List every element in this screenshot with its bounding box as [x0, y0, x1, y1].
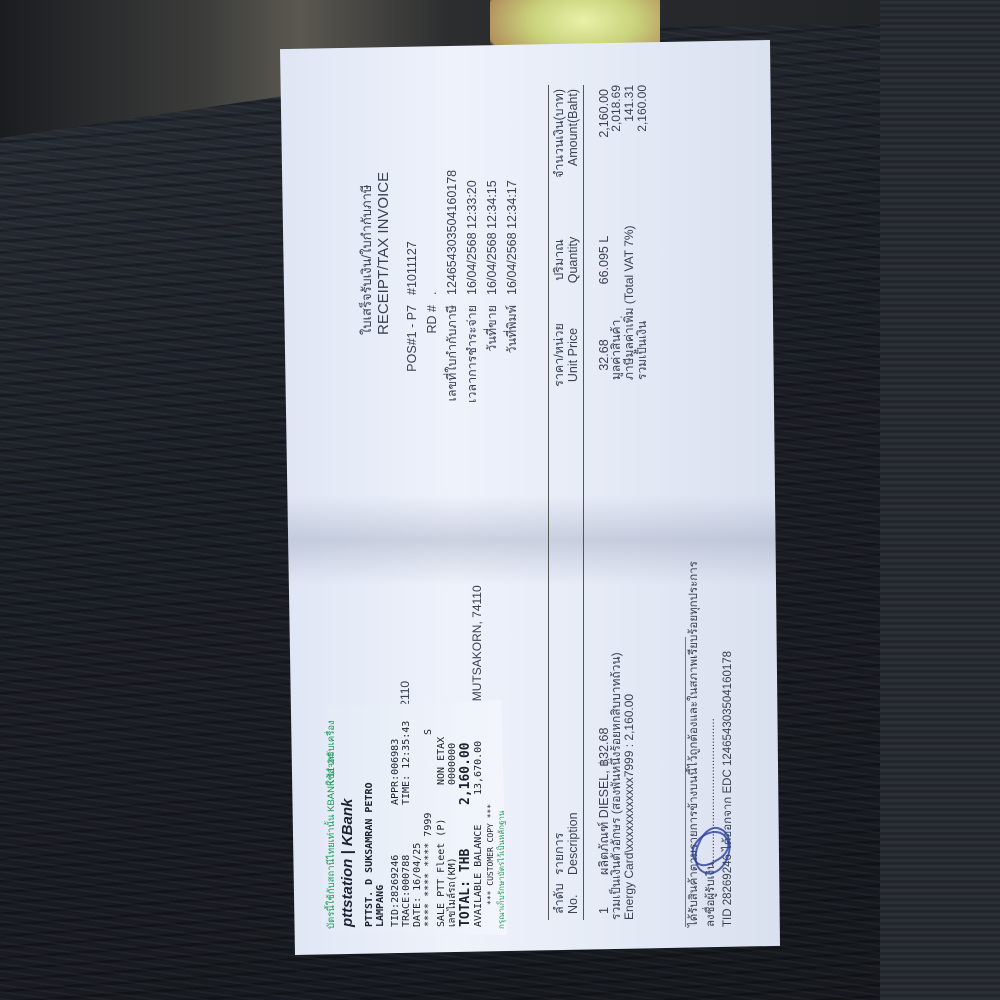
slip-customer-copy: *** CUSTOMER COPY ***	[485, 804, 496, 905]
slip-odometer-label: เลขไมล์รถ(KM)	[447, 857, 458, 927]
slip-odometer: 0000000	[447, 743, 458, 785]
slip-balance-label: AVAILABLE BALANCE	[473, 825, 484, 927]
kbank-slip-content: บัตรนี้ใช้กับสถานีไทยเท่านั้น KBANK 11-2…	[322, 700, 507, 935]
table-header: ลำดับNo. รายการDescription ราคา/หน่วยUni…	[548, 85, 584, 920]
slip-total: 2,160.00	[460, 742, 471, 805]
header-amount: จำนวนเงิน(บาท)Amount(Baht)	[552, 85, 580, 215]
receipt-title-en: RECEIPT/TAX INVOICE	[375, 172, 392, 335]
slip-tid: TID:28269246	[390, 855, 401, 927]
header-no: ลำดับNo.	[552, 875, 580, 920]
slip-card-type: S	[423, 729, 434, 735]
slip-date: DATE: 16/04/25	[412, 843, 423, 927]
slip-non-etax: NON ETAX	[436, 737, 447, 785]
tid-line: TID 28269246 ได้ออกจาก EDC 1246543035041…	[720, 87, 737, 927]
receipt-footer: ได้รับสินค้าตามรายการข้างบนนี้ไว้ถูกต้อง…	[685, 87, 737, 927]
receipt-info: POS#1 - P7#1011127 RD #. เลขที่ใบกำกับภา…	[402, 170, 522, 435]
info-row: วันที่พิมพ์16/04/2568 12:34:17	[502, 170, 522, 435]
car-seat-edge	[880, 0, 1000, 1000]
slip-location: LAMPANG	[375, 885, 386, 927]
info-row: เวลาการชำระจ่าย16/04/2568 12:33:20	[462, 170, 482, 435]
slip-trace: TRACE:000788	[401, 855, 412, 927]
table-row: 1 ผลิตภัณฑ์ DIESEL, ฿32.68 32.68 66.095 …	[584, 85, 612, 920]
slip-footer: กรุณาเก็บรักษาบัตรไว้เป็นหลักฐาน	[496, 811, 507, 929]
header-description: รายการDescription	[552, 405, 580, 875]
slip-balance: 13,670.00	[473, 741, 484, 795]
slip-appr: APPR:006983	[390, 739, 401, 805]
total-row: รวมเป็นเงิน2,160.00	[636, 85, 649, 380]
slip-brand-logo: pttstation | KBank	[342, 799, 353, 927]
items-table: ลำดับNo. รายการDescription ราคา/หน่วยUni…	[548, 85, 612, 920]
header-quantity: ปริมาณQuantity	[552, 215, 580, 305]
info-row: POS#1 - P7#1011127	[402, 170, 422, 435]
payment-lines: รวมเป็นเงินตัวอักษร (สองพันหนึ่งร้อยหกสิ…	[610, 652, 636, 920]
slip-sale-type: SALE PTT Fleet (P)	[436, 819, 447, 927]
info-row: วันที่ขาย16/04/2568 12:34:15	[482, 170, 502, 435]
slip-merchant: PTTST. D SUKSAMRAN PETRO	[364, 783, 375, 928]
header-unit-price: ราคา/หน่วยUnit Price	[552, 305, 580, 405]
info-row: RD #.	[422, 170, 442, 435]
signature-line: ลงชื่อผู้รับเงิน........................…	[703, 87, 720, 927]
slip-card-number: **** **** **** 7999	[423, 813, 434, 927]
receipt-title-th: ใบเสร็จรับเงิน/ใบกำกับภาษี	[358, 172, 375, 335]
slip-header-right: ใช้สำหรับเครื่อง	[326, 720, 337, 785]
info-row: เลขที่ใบกำกับภาษี1246543035041601​78	[442, 170, 462, 435]
totals: มูลค่าสินค้า2,018.69 ภาษีมูลค่าเพิ่ม (To…	[610, 85, 649, 380]
slip-time: TIME: 12:35:43	[401, 721, 412, 805]
receipt-title: ใบเสร็จรับเงิน/ใบกำกับภาษี RECEIPT/TAX I…	[358, 172, 392, 335]
slip-total-label: TOTAL: THB	[460, 849, 471, 927]
received-statement: ได้รับสินค้าตามรายการข้างบนนี้ไว้ถูกต้อง…	[686, 87, 703, 927]
